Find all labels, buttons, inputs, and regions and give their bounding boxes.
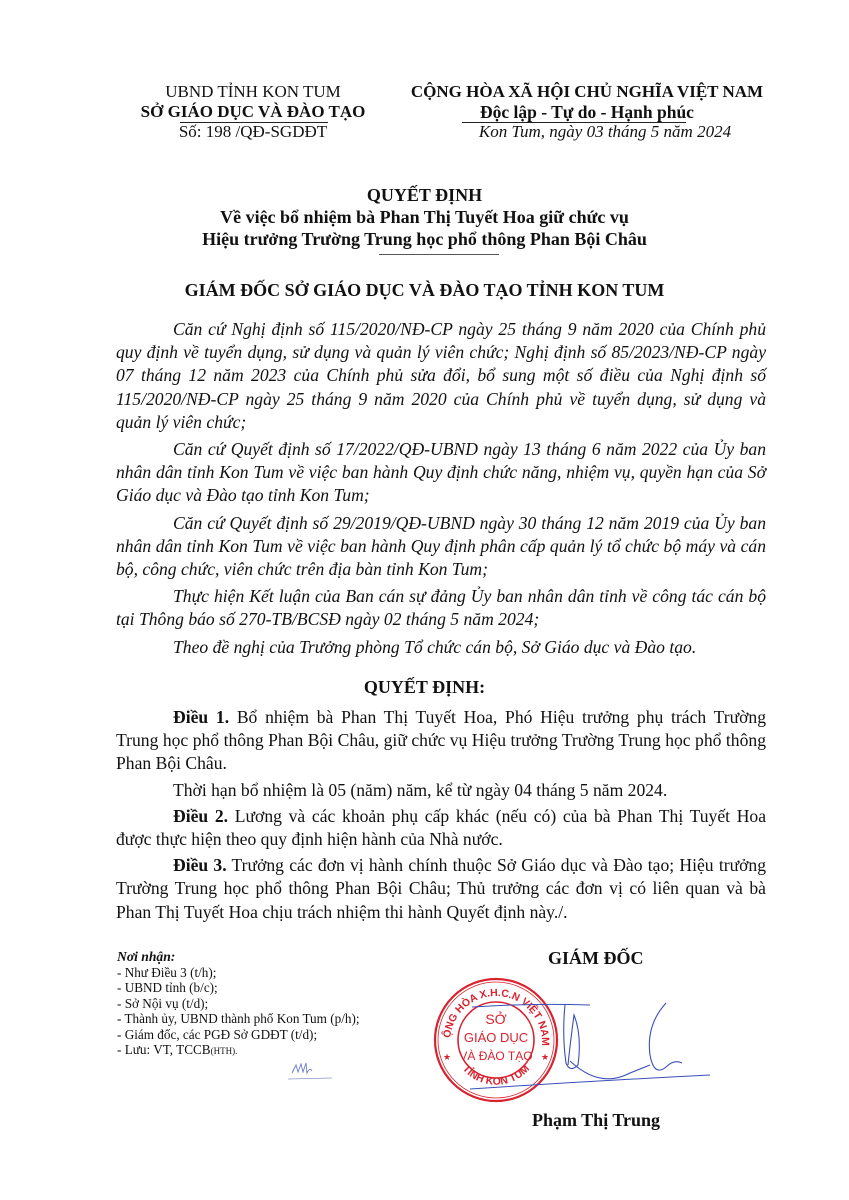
document-page: UBND TỈNH KON TUM SỞ GIÁO DỤC VÀ ĐÀO TẠO… [0,0,849,1200]
preamble: Căn cứ Nghị định số 115/2020/NĐ-CP ngày … [116,318,766,663]
preamble-paragraph: Căn cứ Nghị định số 115/2020/NĐ-CP ngày … [116,318,766,434]
national-motto: Độc lập - Tự do - Hạnh phúc [392,102,782,122]
subject-line-1: Về việc bổ nhiệm bà Phan Thị Tuyết Hoa g… [0,207,849,228]
document-number: Số: 198 /QĐ-SGDĐT [118,122,388,142]
recipient-item: - Sở Nội vụ (t/d); [117,996,360,1012]
national-title: CỘNG HÒA XÃ HỘI CHỦ NGHĨA VIỆT NAM [392,82,782,102]
motto-underline [462,122,686,123]
subject-underline [379,254,499,255]
place-and-date: Kon Tum, ngày 03 tháng 5 năm 2024 [428,122,782,142]
article-3: Điều 3. Trưởng các đơn vị hành chính thu… [116,854,766,924]
article-label: Điều 2. [173,806,228,826]
article-1: Điều 1. Bổ nhiệm bà Phan Thị Tuyết Hoa, … [116,706,766,776]
initials-mark-icon [288,1059,333,1083]
svg-text:★: ★ [443,1052,451,1062]
article-2: Điều 2. Lương và các khoản phụ cấp khác … [116,805,766,851]
recipient-item: - Thành ủy, UBND thành phố Kon Tum (p/h)… [117,1011,360,1027]
signer-title: GIÁM ĐỐC [548,948,644,969]
preamble-paragraph: Thực hiện Kết luận của Ban cán sự đảng Ủ… [116,585,766,631]
provincial-authority: UBND TỈNH KON TUM [118,82,388,102]
archive-initials: (HTH). [211,1046,238,1056]
preamble-paragraph: Căn cứ Quyết định số 17/2022/QĐ-UBND ngà… [116,438,766,508]
recipient-item: - UBND tỉnh (b/c); [117,980,360,996]
department-underline [180,122,328,123]
recipient-archive: - Lưu: VT, TCCB(HTH). [117,1042,360,1060]
article-text: Thời hạn bổ nhiệm là 05 (năm) năm, kể từ… [173,780,667,800]
signer-name: Phạm Thị Trung [532,1110,660,1131]
decision-heading: QUYẾT ĐỊNH: [0,677,849,698]
recipients-heading: Nơi nhận: [117,949,360,965]
subject-line-2: Hiệu trưởng Trường Trung học phổ thông P… [0,229,849,250]
preamble-paragraph: Căn cứ Quyết định số 29/2019/QĐ-UBND ngà… [116,512,766,582]
handwritten-signature-icon [470,985,710,1105]
preamble-paragraph: Theo đề nghị của Trưởng phòng Tổ chức cá… [116,636,766,659]
recipient-item: - Như Điều 3 (t/h); [117,965,360,981]
articles: Điều 1. Bổ nhiệm bà Phan Thị Tuyết Hoa, … [116,706,766,927]
recipient-item: - Giám đốc, các PGĐ Sở GDĐT (t/d); [117,1027,360,1043]
article-1-term: Thời hạn bổ nhiệm là 05 (năm) năm, kể từ… [116,779,766,802]
issuing-authority-block: UBND TỈNH KON TUM SỞ GIÁO DỤC VÀ ĐÀO TẠO… [118,82,388,142]
national-header-block: CỘNG HÒA XÃ HỘI CHỦ NGHĨA VIỆT NAM Độc l… [392,82,782,142]
issuer-title: GIÁM ĐỐC SỞ GIÁO DỤC VÀ ĐÀO TẠO TỈNH KON… [0,280,849,301]
archive-label: - Lưu: VT, TCCB [117,1042,211,1057]
recipients-list: Nơi nhận: - Như Điều 3 (t/h); - UBND tỉn… [117,949,360,1060]
department-name: SỞ GIÁO DỤC VÀ ĐÀO TẠO [118,102,388,122]
article-label: Điều 3. [173,855,227,875]
article-label: Điều 1. [173,707,229,727]
document-type-title: QUYẾT ĐỊNH [0,185,849,206]
